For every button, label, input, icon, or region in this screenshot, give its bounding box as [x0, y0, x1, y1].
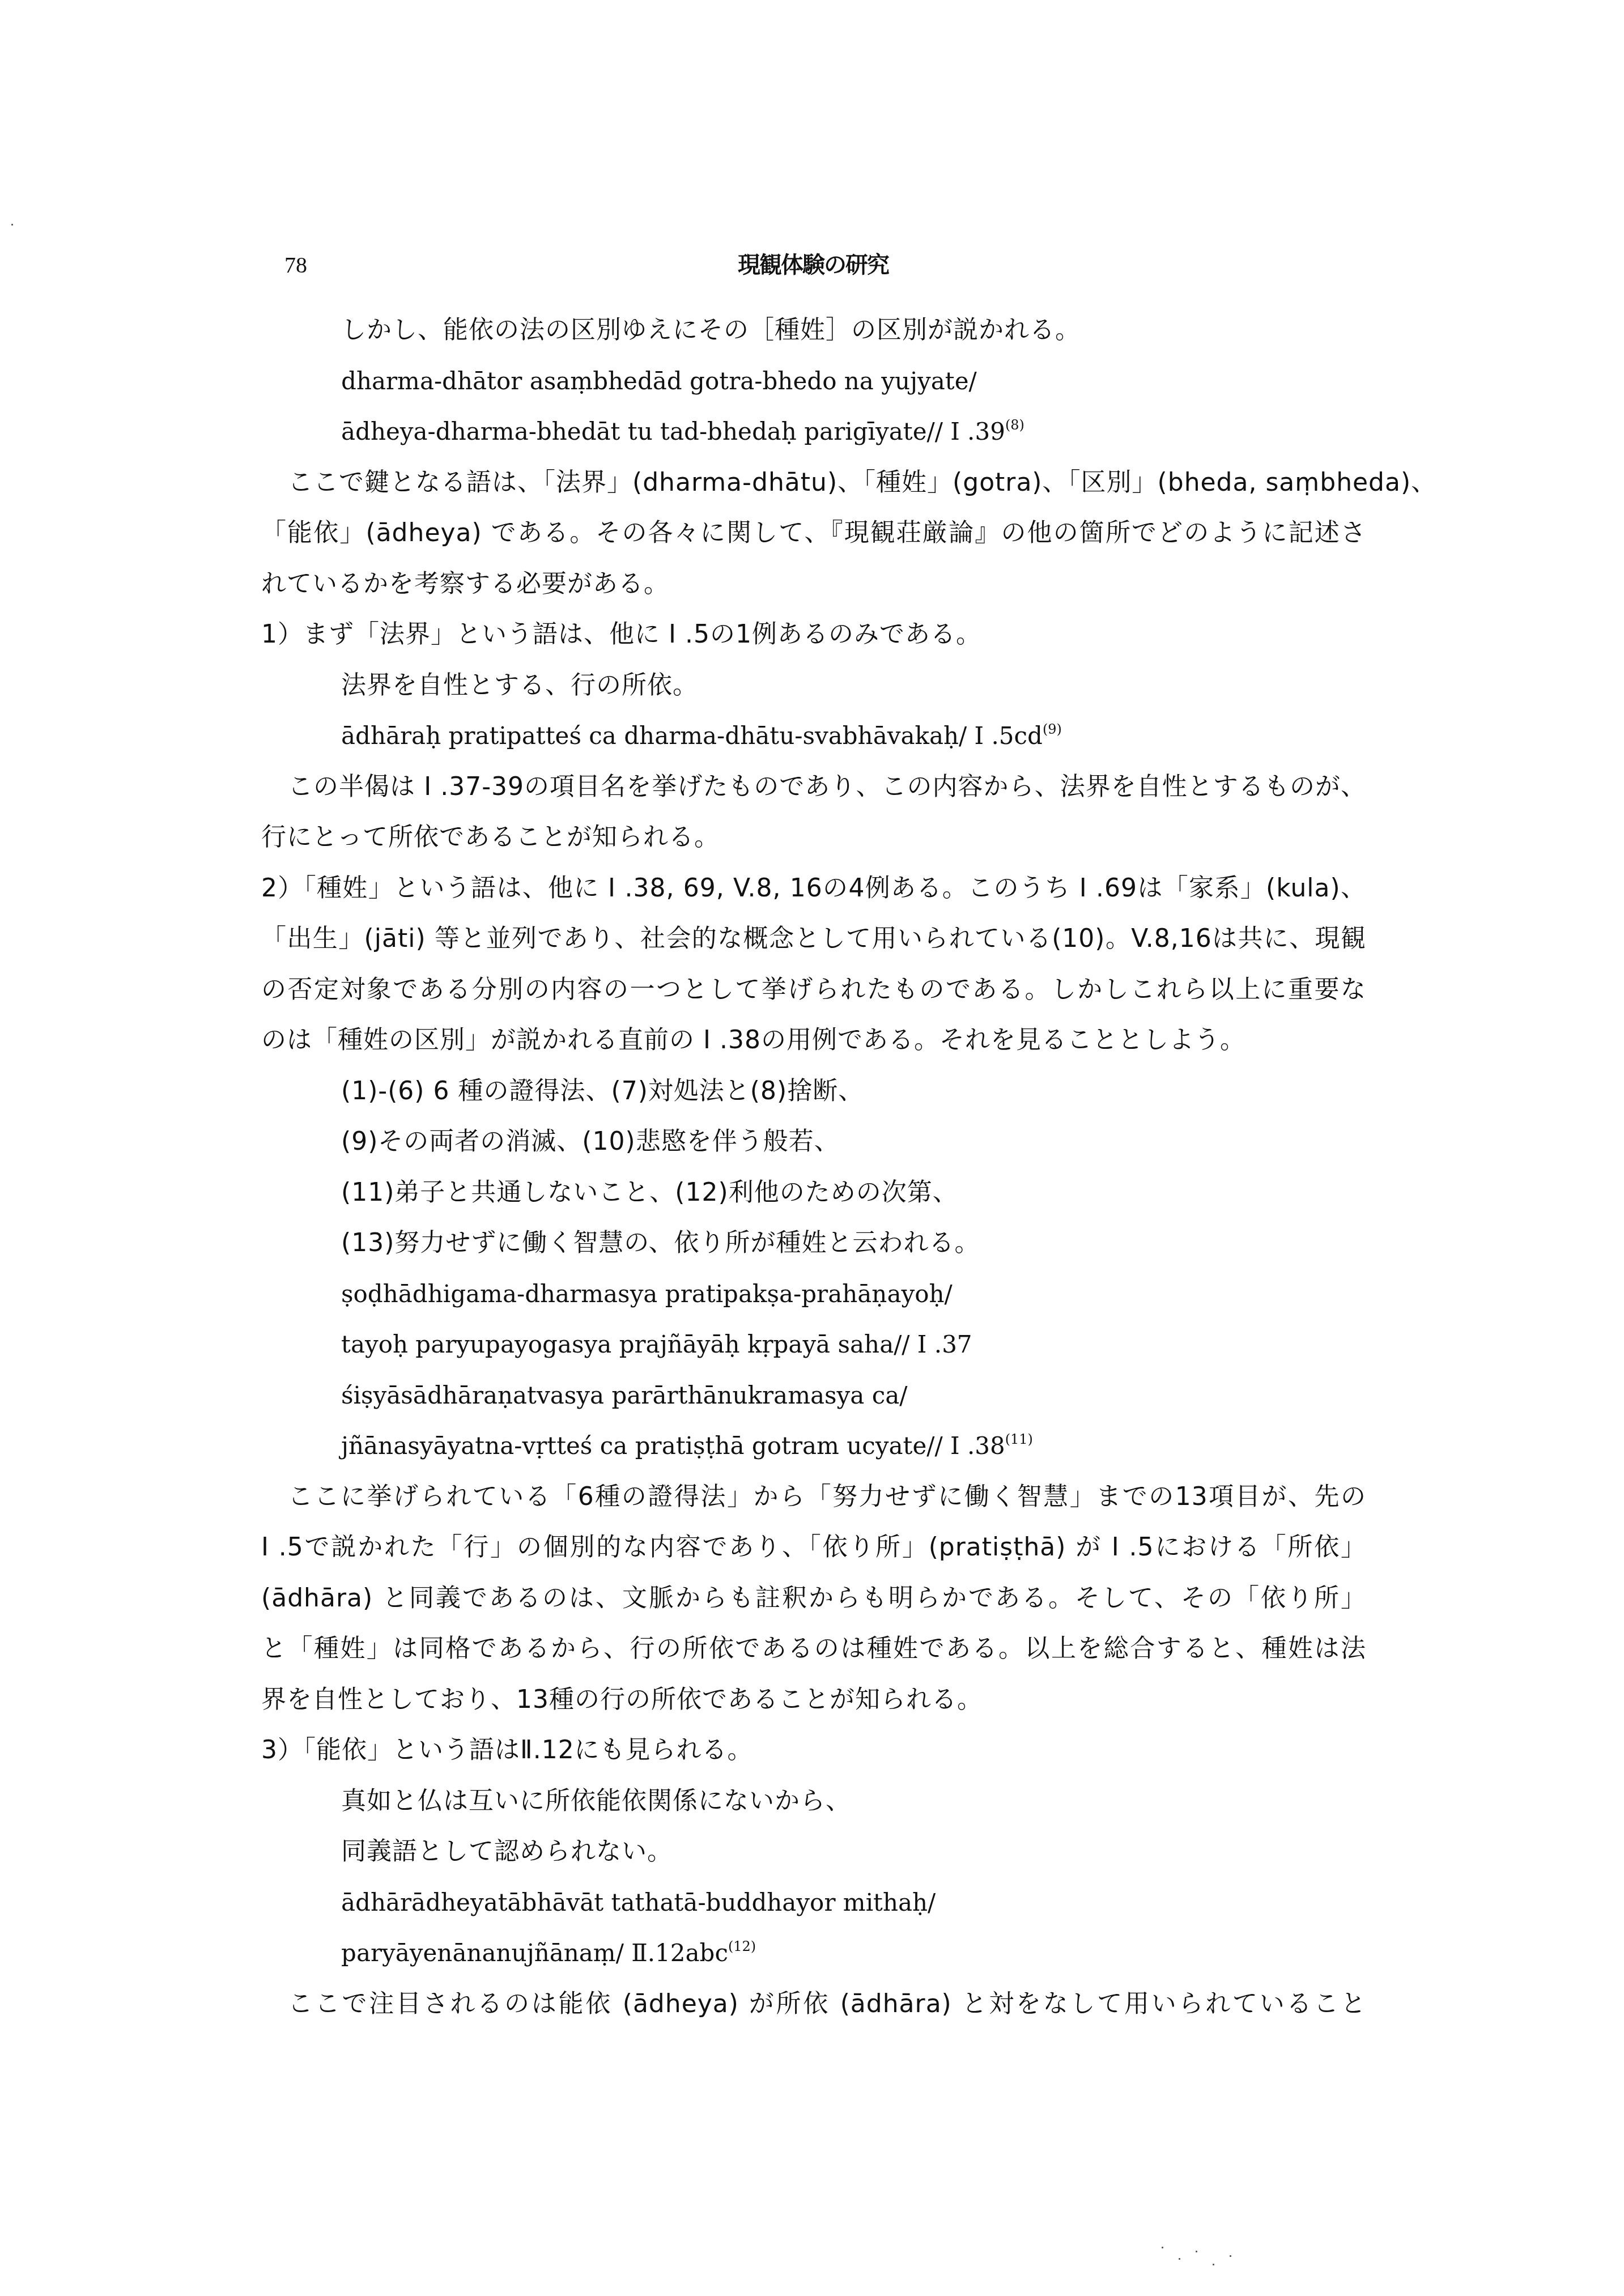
sanskrit-verse-line: śiṣyāsādhāraṇatvasya parārthānukramasya …	[261, 1370, 1372, 1421]
line-text: の否定対象である分別の内容の一つとして挙げられたものである。しかしこれら以上に重…	[261, 975, 1366, 1004]
text-line: (11)弟子と共通しないこと、(12)利他のための次第、	[261, 1167, 1372, 1218]
text-line: 法界を自性とする、行の所依。	[261, 660, 1372, 711]
sanskrit-verse-line: dharma-dhātor asaṃbhedād gotra-bhedo na …	[261, 356, 1372, 407]
text-line: 2）「種姓」という語は、他に I .38, 69, V.8, 16の4例ある。こ…	[261, 863, 1366, 914]
text-line: ここで注目されるのは能依 (ādheya) が所依 (ādhāra) と対をなし…	[261, 1979, 1366, 2030]
line-text: 「出生」(jāti) 等と並列であり、社会的な概念として用いられている(10)。…	[261, 924, 1366, 953]
text-line: 「出生」(jāti) 等と並列であり、社会的な概念として用いられている(10)。…	[261, 913, 1366, 964]
text-line: 行にとって所依であることが知られる。	[261, 812, 1372, 863]
text-line: れているかを考察する必要がある。	[261, 559, 1372, 610]
line-text: jñānasyāyatna-vṛtteś ca pratiṣṭhā gotram…	[341, 1432, 1005, 1460]
line-text: 2）「種姓」という語は、他に I .38, 69, V.8, 16の4例ある。こ…	[261, 874, 1366, 903]
sanskrit-verse-line: ādhāraḥ pratipatteś ca dharma-dhātu-svab…	[261, 711, 1372, 762]
line-text: 「能依」(ādheya) である。その各々に関して、『現観荘厳論』の他の箇所でど…	[261, 518, 1366, 547]
sanskrit-verse-line: paryāyenānanujñānaṃ/ Ⅱ.12abc(12)	[261, 1928, 1372, 1979]
body-text: しかし、能依の法の区別ゆえにその［種姓］の区別が説かれる。dharma-dhāt…	[261, 305, 1372, 2029]
line-text: ṣoḍhādhigama-dharmasya pratipakṣa-prahāṇ…	[341, 1280, 953, 1308]
text-line: 3）「能依」という語はⅡ.12にも見られる。	[261, 1725, 1372, 1776]
line-text: ここに挙げられている「6種の證得法」から「努力せずに働く智慧」までの13項目が、…	[288, 1482, 1366, 1511]
text-line: 界を自性としており、13種の行の所依であることが知られる。	[261, 1674, 1372, 1725]
document-page: 78 現観体験の研究 しかし、能依の法の区別ゆえにその［種姓］の区別が説かれる。…	[0, 0, 1624, 2296]
line-text: (1)-(6) 6 種の證得法、(7)対処法と(8)捨断、	[341, 1077, 864, 1106]
line-text: I .5で説かれた「行」の個別的な内容であり、「依り所」(pratiṣṭhā) …	[261, 1533, 1366, 1562]
text-line: の否定対象である分別の内容の一つとして挙げられたものである。しかしこれら以上に重…	[261, 964, 1366, 1015]
text-line: (1)-(6) 6 種の證得法、(7)対処法と(8)捨断、	[261, 1066, 1372, 1117]
line-text: (9)その両者の消滅、(10)悲愍を伴う般若、	[341, 1127, 840, 1156]
line-text: (ādhāra) と同義であるのは、文脈からも註釈からも明らかである。そして、そ…	[261, 1584, 1366, 1613]
footnote-marker: (9)	[1043, 721, 1062, 737]
text-line: この半偈は I .37-39の項目名を挙げたものであり、この内容から、法界を自性…	[261, 762, 1366, 813]
scan-noise	[1230, 2255, 1231, 2257]
scan-noise	[1162, 2247, 1163, 2248]
text-line: 同義語として認められない。	[261, 1826, 1372, 1877]
sanskrit-verse-line: ādheya-dharma-bhedāt tu tad-bhedaḥ parig…	[261, 406, 1372, 457]
line-text: 界を自性としており、13種の行の所依であることが知られる。	[261, 1685, 983, 1714]
line-text: 同義語として認められない。	[341, 1837, 673, 1866]
text-line: (13)努力せずに働く智慧の、依り所が種姓と云われる。	[261, 1218, 1372, 1269]
line-text: 1）まず「法界」という語は、他に I .5の1例あるのみである。	[261, 620, 981, 649]
text-line: ここで鍵となる語は、「法界」(dharma-dhātu)、「種姓」(gotra)…	[261, 457, 1366, 508]
line-text: (11)弟子と共通しないこと、(12)利他のための次第、	[341, 1178, 958, 1207]
line-text: dharma-dhātor asaṃbhedād gotra-bhedo na …	[341, 367, 977, 395]
line-text: しかし、能依の法の区別ゆえにその［種姓］の区別が説かれる。	[341, 316, 1081, 345]
line-text: ādhārādheyatābhāvāt tathatā-buddhayor mi…	[341, 1889, 936, 1916]
text-line: (ādhāra) と同義であるのは、文脈からも註釈からも明らかである。そして、そ…	[261, 1573, 1366, 1624]
text-line: ここに挙げられている「6種の證得法」から「努力せずに働く智慧」までの13項目が、…	[261, 1472, 1366, 1523]
line-text: ここで注目されるのは能依 (ādheya) が所依 (ādhāra) と対をなし…	[288, 1989, 1366, 2018]
line-text: れているかを考察する必要がある。	[261, 569, 669, 598]
line-text: (13)努力せずに働く智慧の、依り所が種姓と云われる。	[341, 1228, 980, 1257]
scan-noise	[1179, 2258, 1180, 2260]
running-title: 現観体験の研究	[731, 249, 895, 281]
text-line: 真如と仏は互いに所依能依関係にないから、	[261, 1776, 1372, 1827]
line-text: 行にとって所依であることが知られる。	[261, 823, 720, 852]
line-text: ādhāraḥ pratipatteś ca dharma-dhātu-svab…	[341, 722, 1043, 750]
line-text: śiṣyāsādhāraṇatvasya parārthānukramasya …	[341, 1381, 907, 1409]
text-line: I .5で説かれた「行」の個別的な内容であり、「依り所」(pratiṣṭhā) …	[261, 1522, 1366, 1573]
line-text: 3）「能依」という語はⅡ.12にも見られる。	[261, 1736, 753, 1764]
scan-noise	[1213, 2264, 1214, 2265]
sanskrit-verse-line: ādhārādheyatābhāvāt tathatā-buddhayor mi…	[261, 1877, 1372, 1928]
line-text: tayoḥ paryupayogasya prajñāyāḥ kṛpayā sa…	[341, 1330, 972, 1358]
scan-noise	[1196, 2251, 1197, 2252]
line-text: のは「種姓の区別」が説かれる直前の I .38の用例である。それを見ることとしよ…	[261, 1026, 1245, 1055]
line-text: ādheya-dharma-bhedāt tu tad-bhedaḥ parig…	[341, 418, 1005, 445]
line-text: 真如と仏は互いに所依能依関係にないから、	[341, 1787, 851, 1815]
footnote-marker: (12)	[728, 1938, 756, 1954]
scan-noise	[11, 224, 13, 226]
text-line: 「能依」(ādheya) である。その各々に関して、『現観荘厳論』の他の箇所でど…	[261, 508, 1366, 559]
text-line: 1）まず「法界」という語は、他に I .5の1例あるのみである。	[261, 609, 1372, 660]
sanskrit-verse-line: ṣoḍhādhigama-dharmasya pratipakṣa-prahāṇ…	[261, 1269, 1372, 1320]
sanskrit-verse-line: tayoḥ paryupayogasya prajñāyāḥ kṛpayā sa…	[261, 1319, 1372, 1370]
text-line: しかし、能依の法の区別ゆえにその［種姓］の区別が説かれる。	[261, 305, 1372, 356]
line-text: この半偈は I .37-39の項目名を挙げたものであり、この内容から、法界を自性…	[288, 772, 1366, 801]
footnote-marker: (8)	[1005, 417, 1024, 433]
text-line: のは「種姓の区別」が説かれる直前の I .38の用例である。それを見ることとしよ…	[261, 1015, 1372, 1066]
line-text: と「種姓」は同格であるから、行の所依であるのは種姓である。以上を総合すると、種姓…	[261, 1634, 1366, 1663]
page-number: 78	[284, 249, 307, 281]
text-line: (9)その両者の消滅、(10)悲愍を伴う般若、	[261, 1116, 1372, 1167]
sanskrit-verse-line: jñānasyāyatna-vṛtteś ca pratiṣṭhā gotram…	[261, 1421, 1372, 1472]
line-text: paryāyenānanujñānaṃ/ Ⅱ.12abc	[341, 1939, 728, 1967]
line-text: ここで鍵となる語は、「法界」(dharma-dhātu)、「種姓」(gotra)…	[288, 468, 1436, 497]
running-header: 78 現観体験の研究	[0, 249, 1624, 281]
text-line: と「種姓」は同格であるから、行の所依であるのは種姓である。以上を総合すると、種姓…	[261, 1623, 1366, 1674]
footnote-marker: (11)	[1005, 1431, 1033, 1447]
line-text: 法界を自性とする、行の所依。	[341, 671, 698, 700]
